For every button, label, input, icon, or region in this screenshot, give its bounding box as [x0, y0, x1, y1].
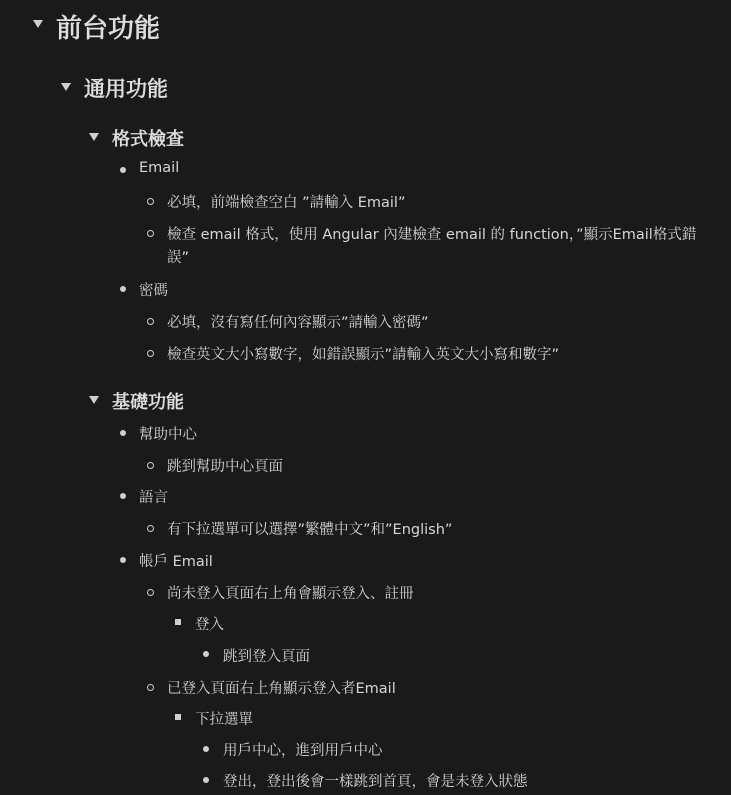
list-item-account: 帳戶 Email	[139, 550, 213, 571]
heading-frontend-features: 前台功能	[56, 8, 160, 45]
list-item: 檢查英文大小寫數字，如錯誤顯示”請輸入英文大小寫和數字”	[167, 343, 559, 364]
collapse-triangle-icon[interactable]	[89, 133, 99, 141]
list-item-password: 密碼	[139, 279, 168, 300]
heading-basic-features: 基礎功能	[112, 388, 184, 414]
bullet-disc-icon	[203, 746, 209, 752]
bullet-circle-icon	[147, 350, 154, 357]
collapse-triangle-icon[interactable]	[61, 83, 71, 91]
bullet-disc-icon	[120, 286, 126, 292]
list-item: 必填，前端檢查空白 ”請輸入 Email”	[167, 191, 405, 212]
list-item-email: Email	[139, 160, 179, 176]
collapse-triangle-icon[interactable]	[33, 20, 43, 28]
list-item: 已登入頁面右上角顯示登入者Email	[167, 677, 396, 698]
bullet-circle-icon	[147, 462, 154, 469]
bullet-circle-icon	[147, 230, 154, 237]
list-item: 跳到幫助中心頁面	[167, 455, 283, 476]
list-item: 登出，登出後會一樣跳到首頁，會是未登入狀態	[223, 770, 528, 791]
list-item-language: 語言	[139, 486, 168, 507]
bullet-disc-icon	[203, 777, 209, 783]
bullet-disc-icon	[120, 430, 126, 436]
bullet-disc-icon	[203, 651, 209, 657]
list-item-wrap: 誤”	[167, 246, 189, 267]
list-item: 必填，沒有寫任何內容顯示”請輸入密碼”	[167, 311, 429, 332]
list-item: 下拉選單	[195, 708, 253, 729]
bullet-circle-icon	[147, 198, 154, 205]
bullet-circle-icon	[147, 684, 154, 691]
bullet-disc-icon	[120, 557, 126, 563]
list-item: 檢查 email 格式，使用 Angular 內建檢查 email 的 func…	[167, 223, 696, 244]
heading-format-check: 格式檢查	[112, 125, 184, 151]
bullet-square-icon	[175, 714, 181, 720]
list-item: 登入	[195, 613, 224, 634]
bullet-circle-icon	[147, 525, 154, 532]
list-item: 用戶中心，進到用戶中心	[223, 739, 383, 760]
bullet-disc-icon	[120, 167, 126, 173]
list-item: 跳到登入頁面	[223, 645, 310, 666]
heading-general-features: 通用功能	[84, 73, 168, 103]
bullet-circle-icon	[147, 318, 154, 325]
collapse-triangle-icon[interactable]	[89, 396, 99, 404]
bullet-square-icon	[175, 619, 181, 625]
bullet-circle-icon	[147, 589, 154, 596]
list-item: 尚未登入頁面右上角會顯示登入、註冊	[167, 582, 414, 603]
bullet-disc-icon	[120, 493, 126, 499]
list-item: 有下拉選單可以選擇”繁體中文”和”English”	[167, 518, 452, 539]
list-item-help: 幫助中心	[139, 423, 197, 444]
